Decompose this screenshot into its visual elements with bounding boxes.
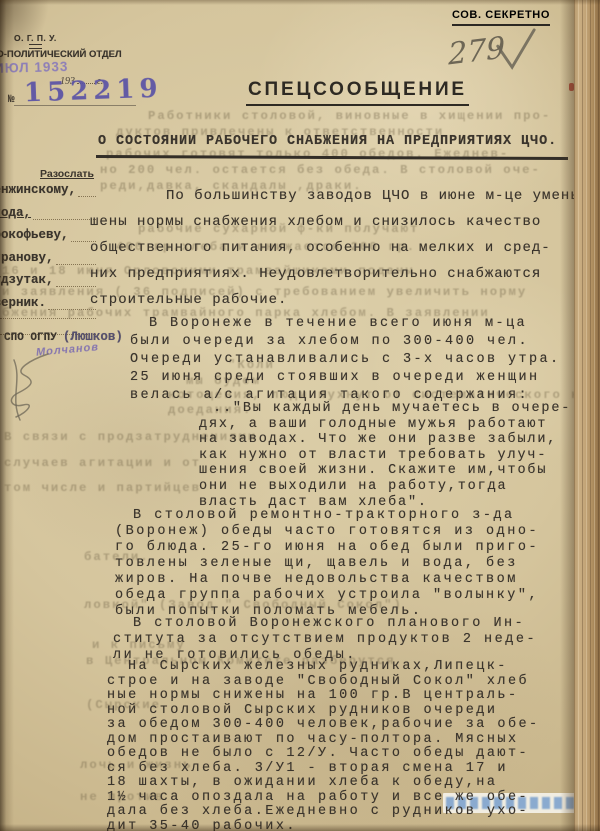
body-paragraph: В столовой ремонтно-тракторного з-да (Во… xyxy=(115,508,539,620)
body-paragraph: В столовой Воронежского планового Ин- ст… xyxy=(113,616,537,664)
body-paragraph: По большинству заводов ЦЧО в июне м-це у… xyxy=(90,183,589,313)
binding-edge xyxy=(574,0,600,831)
page-edge-top xyxy=(0,0,600,5)
page-edge-bottom xyxy=(0,824,600,831)
body-paragraph: В Воронеже в течение всего июня м-ца был… xyxy=(130,315,561,405)
body-paragraph: На Сырских железных рудниках,Липецк- стр… xyxy=(107,660,540,831)
document-body: По большинству заводов ЦЧО в июне м-це у… xyxy=(0,0,600,831)
body-paragraph: .."Вы каждый день мучаетесь в очере- дях… xyxy=(199,401,571,510)
document-page: Работники столовой, виновные в хищении п… xyxy=(0,0,600,831)
page-edge-left xyxy=(0,0,14,831)
page-corner-shadow xyxy=(0,0,50,70)
